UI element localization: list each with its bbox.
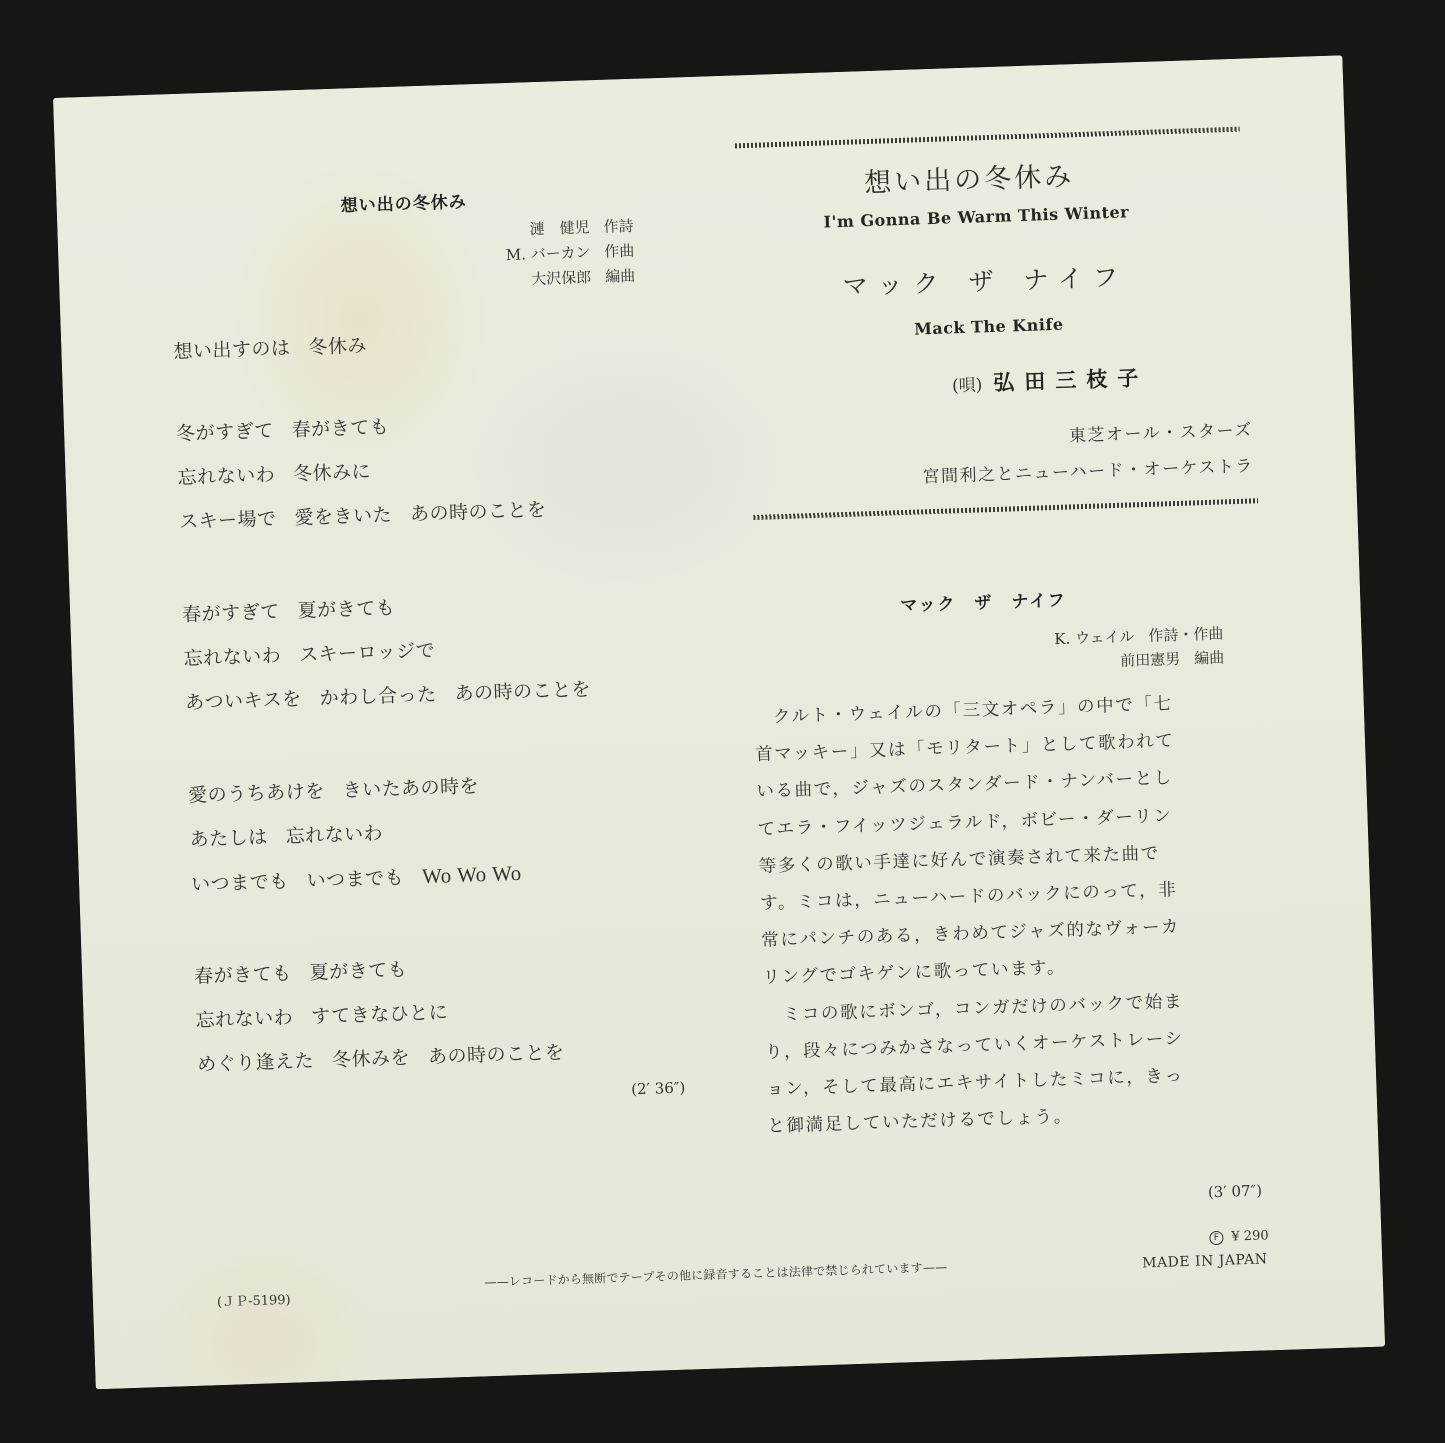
lyric-segment: いつまでも	[306, 867, 404, 892]
lyric-segment: あの時のことを	[410, 499, 547, 526]
singer-line: (唄) 弘田三枝子	[951, 362, 1148, 398]
lyric-segment: あの時のことを	[428, 1042, 565, 1069]
lyric-segment: 忘れないわ	[285, 822, 383, 847]
top-divider-rule	[735, 127, 1240, 149]
lyric-segment: きいたあの時を	[342, 775, 479, 802]
lyrics-stanza: 冬がすぎて春がきても 忘れないわ冬休みに スキー場で愛をきいたあの時のことを	[176, 405, 604, 551]
lyric-segment: 忘れないわ	[195, 1007, 293, 1032]
credit-name: 大沢保郎	[531, 268, 592, 288]
lyrics-stanza: 春がきても夏がきても 忘れないわすてきなひとに めぐり逢えた冬休みをあの時のこと…	[194, 948, 622, 1094]
catalog-number: (ＪＰ-5199)	[217, 1289, 291, 1310]
lyric-segment: あの時のことを	[454, 678, 591, 705]
copyright-notice: ——レコードから無断でテープその他に録音することは法律で禁じられています——	[484, 1258, 947, 1290]
lyric-segment: 冬休み	[308, 335, 367, 359]
side-a-lyrics: 想い出すのは冬休み 冬がすぎて春がきても 忘れないわ冬休みに スキー場で愛をきい…	[173, 323, 622, 1094]
side-b-title: マック ザ ナイフ	[900, 586, 1067, 617]
lyric-segment: 忘れないわ	[183, 645, 281, 670]
credit-arranger: 大沢保郎編曲	[506, 264, 635, 293]
lyric-segment: 愛のうちあけを	[188, 780, 325, 807]
lyrics-stanza: 春がすぎて夏がきても 忘れないわスキーロッジで あついキスをかわし合ったあの時の…	[182, 586, 610, 732]
lyric-segment: あついキスを	[185, 688, 302, 714]
lyrics-stanza: 想い出すのは冬休み	[173, 323, 598, 381]
lyric-segment: 冬休みに	[293, 461, 372, 486]
lyric-segment: いつまでも	[191, 871, 289, 896]
lyric-segment: 冬がすぎて	[176, 420, 274, 445]
lyric-segment: Wo Wo Wo	[422, 861, 522, 888]
lyrics-stanza: 愛のうちあけをきいたあの時を あたしは忘れないわ いつまでもいつまでもWo Wo…	[188, 767, 616, 913]
made-in-japan: MADE IN JAPAN	[1142, 1251, 1268, 1271]
lyric-segment: 冬休みを	[332, 1047, 411, 1072]
credit-name: 漣 健児	[529, 218, 590, 238]
side-b-duration: (3′ 07″)	[1208, 1182, 1263, 1202]
credit-role: 作詩・作曲	[1148, 621, 1224, 647]
lyric-segment: 想い出すのは	[173, 337, 291, 363]
price-line: F¥ 290	[1209, 1228, 1269, 1245]
phonogram-p-icon: F	[1209, 1231, 1223, 1245]
side-a-title: 想い出の冬休み	[340, 187, 467, 216]
lyric-segment: 春がきても	[291, 416, 389, 441]
singer-prefix: (唄)	[952, 375, 983, 396]
credit-role: 作曲	[604, 239, 635, 265]
lyric-segment: スキーロッジで	[299, 640, 436, 667]
lyric-segment: 春がすぎて	[182, 601, 280, 626]
credit-name: K. ウェイル	[1054, 627, 1135, 648]
lyric-segment: スキー場で	[179, 508, 277, 533]
price: ¥ 290	[1231, 1228, 1269, 1244]
header-title2-en: Mack The Knife	[914, 315, 1064, 339]
header-title-en: I'm Gonna Be Warm This Winter	[823, 202, 1129, 231]
middle-divider-rule	[753, 498, 1258, 520]
credit-name: M. バーカン	[506, 243, 591, 264]
chorus-credit: 東芝オール・スターズ	[1068, 415, 1253, 446]
orchestra-credit: 宮間利之とニューハード・オーケストラ	[922, 451, 1254, 487]
lyric-segment: 夏がきても	[309, 959, 407, 984]
lyric-segment: 愛をきいた	[294, 504, 392, 529]
credit-role: 編曲	[1194, 645, 1225, 670]
credit-role: 編曲	[605, 264, 636, 290]
lyric-segment: あたしは	[189, 826, 268, 851]
lyric-segment: かわし合った	[319, 684, 437, 710]
header-title2-jp: マック ザ ナイフ	[842, 257, 1129, 302]
record-sleeve-back: 想い出の冬休み 漣 健児作詩 M. バーカン作曲 大沢保郎編曲 想い出すのは冬休…	[53, 55, 1385, 1389]
lyric-segment: めぐり逢えた	[197, 1050, 315, 1076]
side-b-credits: K. ウェイル作詩・作曲 前田憲男編曲	[1054, 621, 1225, 675]
liner-notes: クルト・ウェイルの「三文オペラ」の中で「七 首マッキー」又は「モリタート」として…	[753, 683, 1276, 1146]
header-title-jp: 想い出の冬休み	[864, 154, 1075, 200]
singer-name: 弘田三枝子	[993, 366, 1149, 395]
lyric-segment: 春がきても	[194, 963, 292, 988]
lyric-segment: 夏がきても	[297, 597, 395, 622]
lyric-line: 想い出すのは冬休み	[173, 323, 598, 381]
lyric-segment: 忘れないわ	[177, 464, 275, 489]
side-a-duration: (2′ 36″)	[631, 1079, 686, 1099]
credit-role: 作詩	[603, 214, 634, 240]
credit-name: 前田憲男	[1120, 650, 1181, 670]
lyric-segment: すてきなひとに	[311, 1001, 449, 1028]
side-a-credits: 漣 健児作詩 M. バーカン作曲 大沢保郎編曲	[505, 214, 636, 293]
